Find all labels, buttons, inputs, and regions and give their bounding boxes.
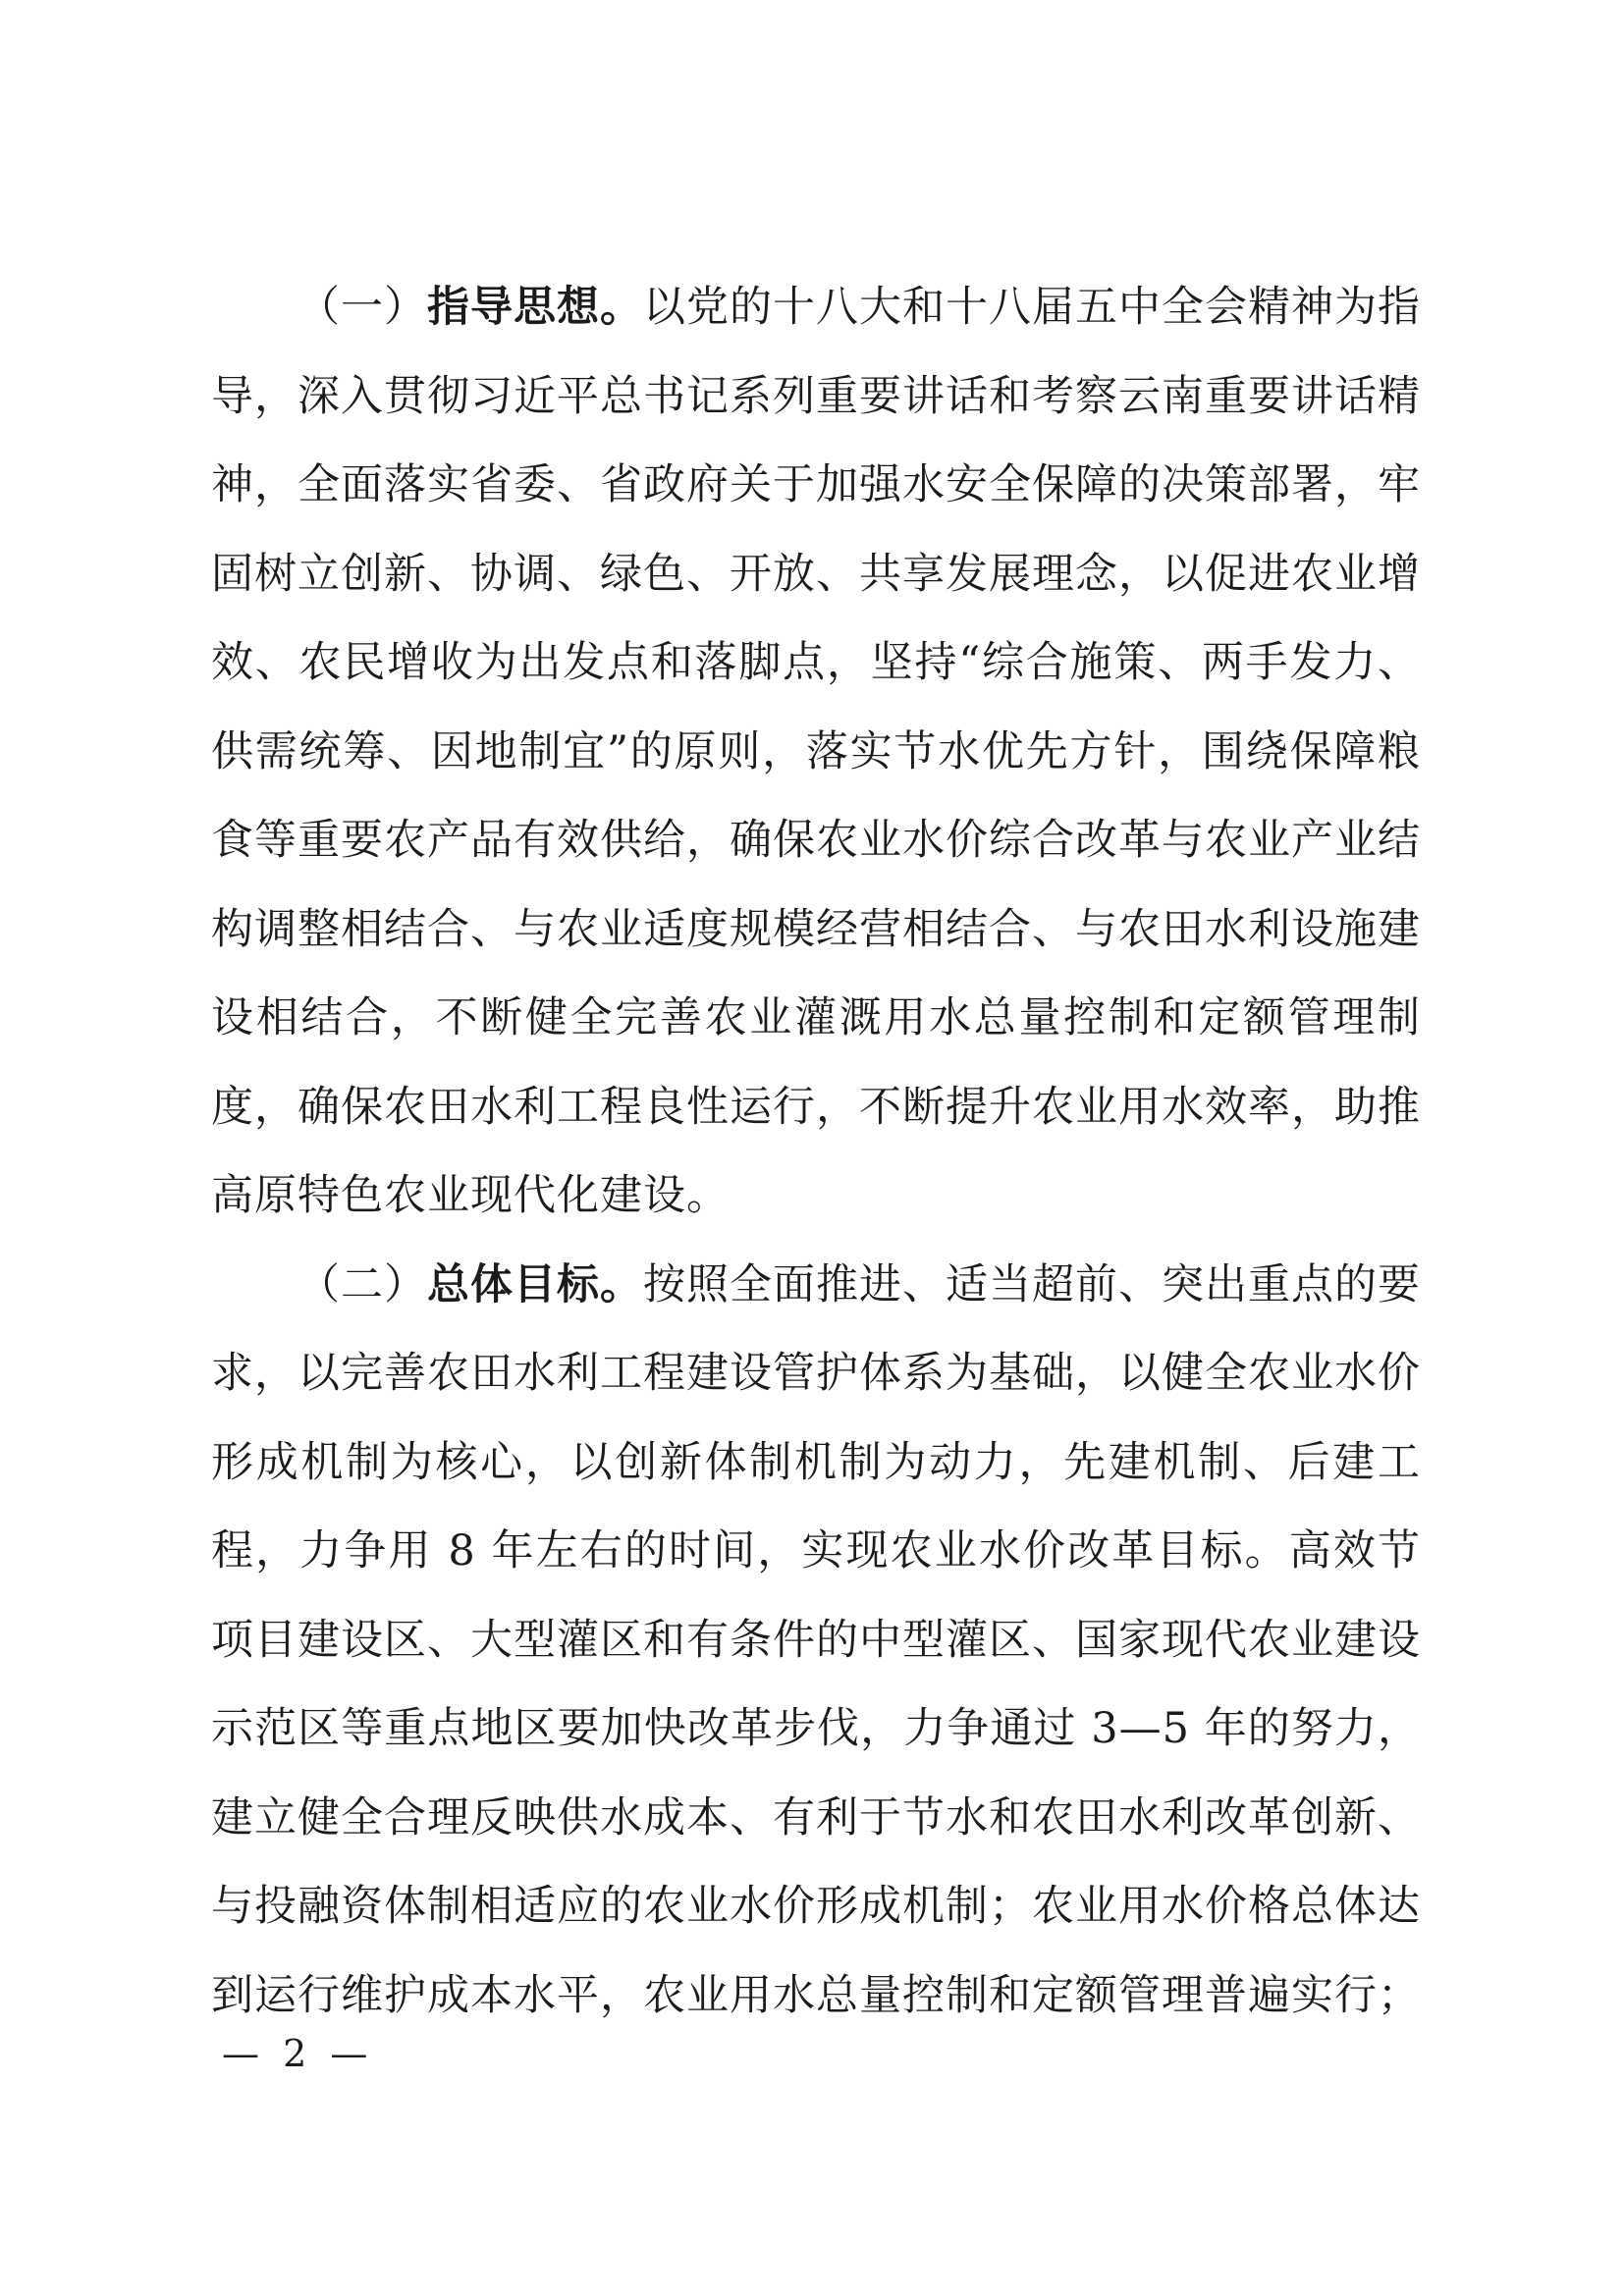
text-segment: 固树立创新、协调、绿色、开放、共享发展理念，以促进农业增	[211, 550, 1421, 599]
text-line: （二）总体目标。按照全面推进、适当超前、突出重点的要	[211, 1241, 1421, 1330]
text-segment: 示范区等重点地区要加快改革步伐，力争通过 3—5 年的努力，	[211, 1704, 1421, 1753]
text-block: （一）指导思想。以党的十八大和十八届五中全会精神为指导，深入贯彻习近平总书记系列…	[211, 263, 1421, 2040]
text-segment: （二）	[298, 1260, 427, 1309]
text-line: 导，深入贯彻习近平总书记系列重要讲话和考察云南重要讲话精	[211, 352, 1421, 442]
text-segment: 效、农民增收为出发点和落脚点，坚持“综合施策、两手发力、	[211, 638, 1421, 687]
text-segment: 构调整相结合、与农业适度规模经营相结合、与农田水利设施建	[211, 905, 1421, 954]
text-line: 度，确保农田水利工程良性运行，不断提升农业用水效率，助推	[211, 1063, 1421, 1152]
text-segment: 项目建设区、大型灌区和有条件的中型灌区、国家现代农业建设	[211, 1616, 1421, 1665]
text-line: 固树立创新、协调、绿色、开放、共享发展理念，以促进农业增	[211, 530, 1421, 619]
page-number: — 2 —	[222, 2024, 373, 2083]
text-line: 食等重要农产品有效供给，确保农业水价综合改革与农业产业结	[211, 796, 1421, 885]
text-line: 示范区等重点地区要加快改革步伐，力争通过 3—5 年的努力，	[211, 1684, 1421, 1774]
text-line: 效、农民增收为出发点和落脚点，坚持“综合施策、两手发力、	[211, 618, 1421, 708]
text-line: 高原特色农业现代化建设。	[211, 1151, 1421, 1241]
text-segment: 设相结合，不断健全完善农业灌溉用水总量控制和定额管理制	[211, 993, 1421, 1042]
text-line: 构调整相结合、与农业适度规模经营相结合、与农田水利设施建	[211, 885, 1421, 975]
text-segment: 求，以完善农田水利工程建设管护体系为基础，以健全农业水价	[211, 1349, 1421, 1398]
text-segment: 按照全面推进、适当超前、突出重点的要	[643, 1260, 1421, 1309]
section-heading: 指导思想。	[427, 283, 643, 332]
text-line: 项目建设区、大型灌区和有条件的中型灌区、国家现代农业建设	[211, 1596, 1421, 1685]
text-segment: 形成机制为核心，以创新体制机制为动力，先建机制、后建工	[211, 1438, 1421, 1487]
text-segment: 与投融资体制相适应的农业水价形成机制；农业用水价格总体达	[211, 1882, 1421, 1931]
text-segment: 建立健全合理反映供水成本、有利于节水和农田水利改革创新、	[211, 1793, 1421, 1842]
text-segment: 神，全面落实省委、省政府关于加强水安全保障的决策部署，牢	[211, 460, 1421, 509]
text-segment: 供需统筹、因地制宜”的原则，落实节水优先方针，围绕保障粮	[211, 727, 1421, 776]
text-line: 设相结合，不断健全完善农业灌溉用水总量控制和定额管理制	[211, 974, 1421, 1063]
text-segment: 到运行维护成本水平，农业用水总量控制和定额管理普遍实行；	[211, 1971, 1421, 2020]
text-line: 求，以完善农田水利工程建设管护体系为基础，以健全农业水价	[211, 1329, 1421, 1418]
text-line: 建立健全合理反映供水成本、有利于节水和农田水利改革创新、	[211, 1774, 1421, 1863]
text-line: 与投融资体制相适应的农业水价形成机制；农业用水价格总体达	[211, 1862, 1421, 1951]
text-segment: 度，确保农田水利工程良性运行，不断提升农业用水效率，助推	[211, 1083, 1421, 1132]
text-line: 神，全面落实省委、省政府关于加强水安全保障的决策部署，牢	[211, 441, 1421, 530]
text-segment: 高原特色农业现代化建设。	[211, 1171, 730, 1220]
document-page: （一）指导思想。以党的十八大和十八届五中全会精神为指导，深入贯彻习近平总书记系列…	[0, 0, 1624, 2296]
text-line: 到运行维护成本水平，农业用水总量控制和定额管理普遍实行；	[211, 1951, 1421, 2041]
text-segment: （一）	[298, 283, 427, 332]
text-segment: 导，深入贯彻习近平总书记系列重要讲话和考察云南重要讲话精	[211, 372, 1421, 421]
text-line: 形成机制为核心，以创新体制机制为动力，先建机制、后建工	[211, 1418, 1421, 1508]
text-segment: 以党的十八大和十八届五中全会精神为指	[643, 283, 1421, 332]
text-line: 程，力争用 8 年左右的时间，实现农业水价改革目标。高效节水	[211, 1507, 1421, 1596]
text-line: 供需统筹、因地制宜”的原则，落实节水优先方针，围绕保障粮	[211, 708, 1421, 797]
section-heading: 总体目标。	[427, 1260, 643, 1309]
text-segment: 食等重要农产品有效供给，确保农业水价综合改革与农业产业结	[211, 816, 1421, 865]
text-segment: 程，力争用 8 年左右的时间，实现农业水价改革目标。高效节水	[211, 1526, 1421, 1596]
text-line: （一）指导思想。以党的十八大和十八届五中全会精神为指	[211, 263, 1421, 352]
